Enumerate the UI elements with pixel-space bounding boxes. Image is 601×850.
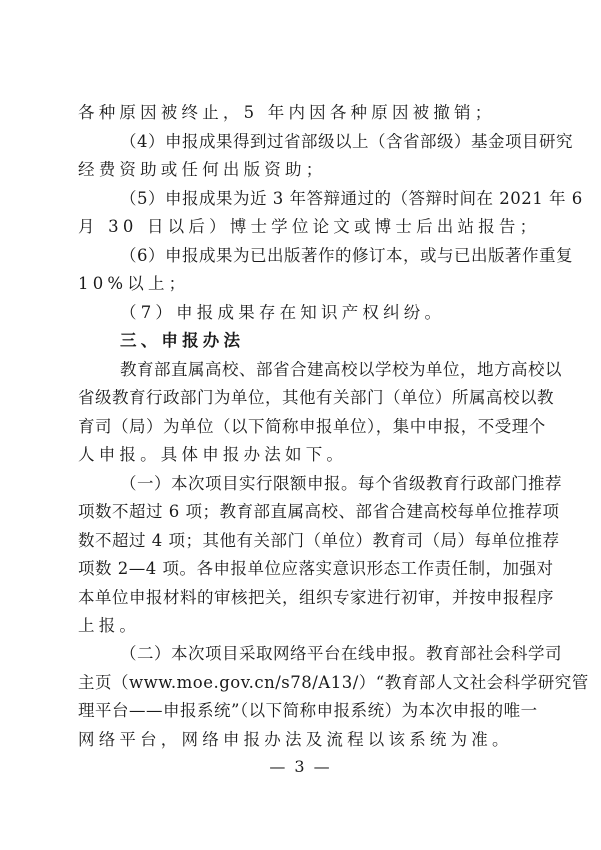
subsection-1-line: （一）本次项目实行限额申报。每个省级教育行政部门推荐: [120, 470, 521, 498]
subsection-2-line: （二）本次项目采取网络平台在线申报。教育部社会科学司: [120, 640, 521, 668]
paragraph-line: 教育部直属高校、部省合建高校以学校为单位，地方高校以: [120, 356, 521, 384]
section-heading: 三、申报办法: [120, 327, 521, 355]
paragraph-line: 数不超过 4 项；其他有关部门（单位）教育司（局）每单位推荐: [78, 527, 521, 555]
list-item-7: （7）申报成果存在知识产权纠纷。: [120, 299, 521, 327]
paragraph-line: 项数 2—4 项。各申报单位应落实意识形态工作责任制，加强对: [78, 555, 521, 583]
paragraph-line: 上报。: [78, 612, 521, 640]
paragraph-line: 项数不超过 6 项；教育部直属高校、部省合建高校每单位推荐项: [78, 498, 521, 526]
paragraph-line: 主页（www.moe.gov.cn/s78/A13/）“教育部人文社会科学研究管: [78, 669, 521, 697]
list-item-4: （4）申报成果得到过省部级以上（含省部级）基金项目研究: [120, 128, 521, 156]
paragraph-line: 人申报。具体申报办法如下。: [78, 441, 521, 469]
paragraph-line: 本单位申报材料的审核把关，组织专家进行初审，并按申报程序: [78, 584, 521, 612]
paragraph-line: 经费资助或任何出版资助；: [78, 156, 521, 184]
paragraph-line: 月 30 日以后）博士学位论文或博士后出站报告；: [78, 213, 521, 241]
document-page: 各种原因被终止，5 年内因各种原因被撤销； （4）申报成果得到过省部级以上（含省…: [0, 0, 601, 850]
paragraph-line: 网络平台，网络申报办法及流程以该系统为准。: [78, 726, 521, 754]
paragraph-line: 各种原因被终止，5 年内因各种原因被撤销；: [78, 99, 521, 127]
list-item-5: （5）申报成果为近 3 年答辩通过的（答辩时间在 2021 年 6: [120, 185, 521, 213]
paragraph-line: 10%以上；: [78, 270, 521, 298]
paragraph-line: 理平台——申报系统”（以下简称申报系统）为本次申报的唯一: [78, 697, 521, 725]
paragraph-line: 省级教育行政部门为单位，其他有关部门（单位）所属高校以教: [78, 384, 521, 412]
paragraph-line: 育司（局）为单位（以下简称申报单位），集中申报，不受理个: [78, 413, 521, 441]
list-item-6: （6）申报成果为已出版著作的修订本，或与已出版著作重复: [120, 242, 521, 270]
page-number: — 3 —: [0, 754, 601, 780]
